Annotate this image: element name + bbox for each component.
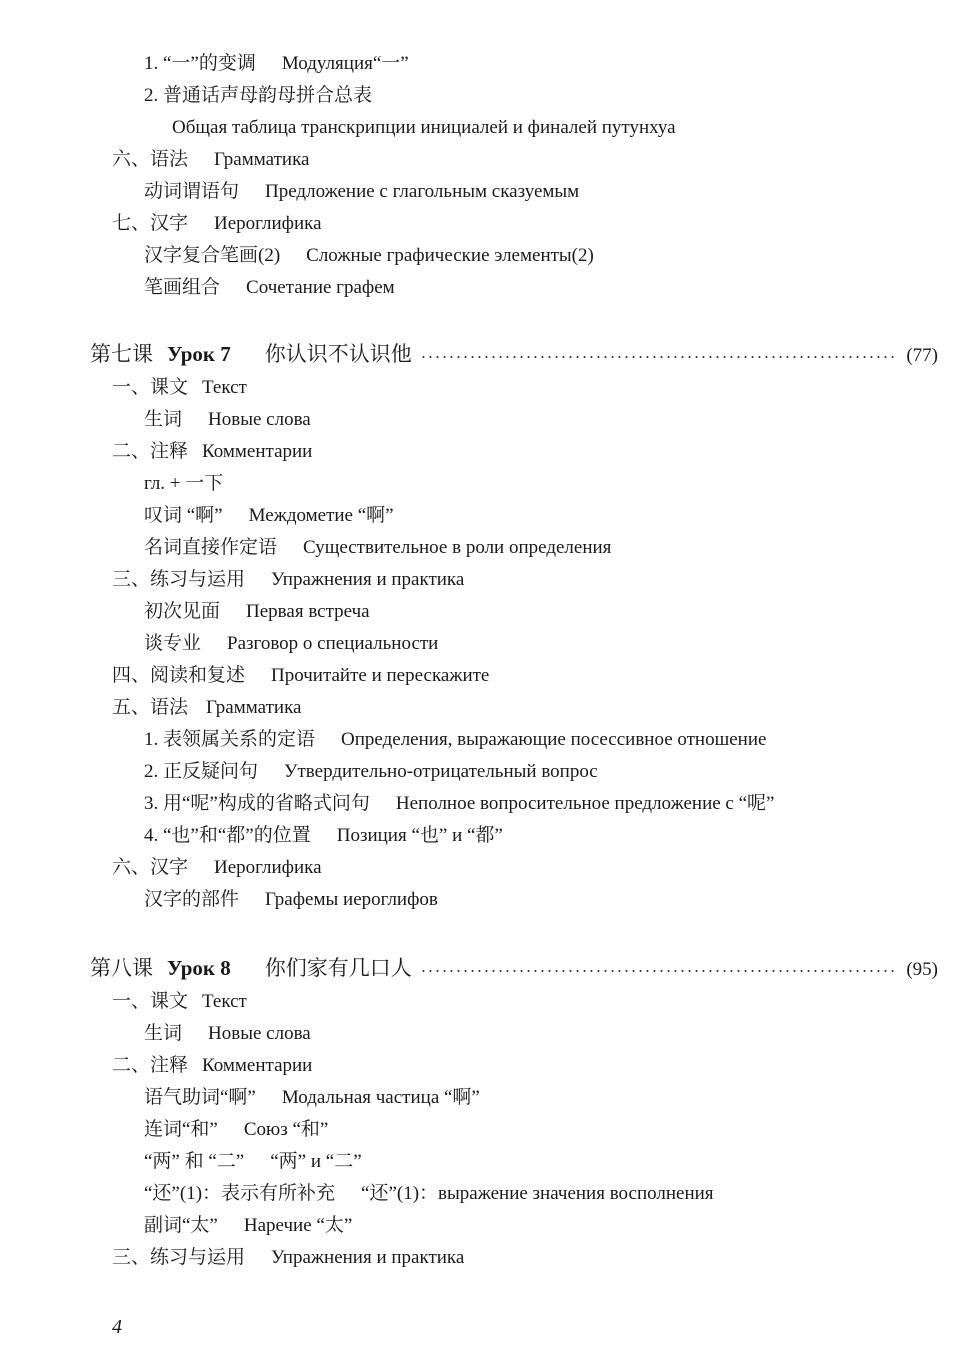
entry-zh: 叹词 “啊” [144,505,223,526]
entry-ru: Новые слова [208,1023,311,1044]
entry-zh: 笔画组合 [144,277,220,298]
entry-ru: Общая таблица транскрипции инициалей и ф… [172,117,676,138]
entry-ru: Упражнения и практика [271,569,464,590]
toc-section-heading: 一、课文Текст [112,376,247,400]
leader-dots [420,970,895,972]
toc-section-heading: 三、练习与运用Упражнения и практика [112,568,464,592]
entry-ru: Грамматика [206,697,301,718]
toc-entry: 生词Новые слова [144,1022,311,1046]
toc-entry: Общая таблица транскрипции инициалей и ф… [172,116,676,140]
page-number: 4 [112,1316,122,1339]
toc-entry: 2. 正反疑问句Утвердительно-отрицательный вопр… [144,760,598,784]
entry-ru: Междометие “啊” [249,505,394,526]
toc-section-heading: 一、课文Текст [112,990,247,1014]
entry-ru: “还”(1)：выражение значения восполнения [361,1183,714,1204]
entry-zh: 六、汉字 [112,857,188,878]
entry-ru: Текст [202,991,247,1012]
lesson-number-ru: Урок 7 [167,340,231,368]
entry-zh: 3. 用“呢”构成的省略式问句 [144,793,370,814]
entry-ru: Модуляция“一” [282,53,409,74]
toc-entry: 谈专业Разговор о специальности [144,632,438,656]
entry-zh: 1. 表领属关系的定语 [144,729,315,750]
toc-section-heading: 三、练习与运用Упражнения и практика [112,1246,464,1270]
lesson-page-ref: (77) [906,342,938,370]
entry-ru: Иероглифика [214,857,322,878]
entry-ru: Сложные графические элементы(2) [306,245,594,266]
entry-zh: 一、课文 [112,377,188,398]
toc-entry: 1. 表领属关系的定语Определения, выражающие посес… [144,728,766,752]
entry-ru: Иероглифика [214,213,322,234]
entry-ru: Союз “和” [244,1119,329,1140]
lesson-number-ru: Урок 8 [167,954,231,982]
entry-ru: Существительное в роли определения [303,537,611,558]
toc-entry: 生词Новые слова [144,408,311,432]
toc-section-heading: 六、汉字Иероглифика [112,856,322,880]
entry-ru: Неполное вопросительное предложение с “呢… [396,793,775,814]
entry-zh: гл. + 一下 [144,473,223,494]
entry-zh: 一、课文 [112,991,188,1012]
entry-ru: Прочитайте и перескажите [271,665,489,686]
entry-ru: Наречие “太” [244,1215,352,1236]
entry-zh: 五、语法 [112,697,188,718]
entry-ru: Комментарии [202,441,312,462]
lesson-7-heading[interactable]: 第七课 Урок 7 你认识不认识他 (77) [90,340,938,368]
entry-zh: 2. 普通话声母韵母拼合总表 [144,85,372,106]
entry-zh: 4. “也”和“都”的位置 [144,825,311,846]
entry-zh: 汉字复合笔画(2) [144,245,280,266]
leader-dots [420,356,895,358]
entry-zh: 四、阅读和复述 [112,665,245,686]
entry-ru: Позиция “也” и “都” [337,825,503,846]
entry-ru: Комментарии [202,1055,312,1076]
toc-entry: 副词“太”Наречие “太” [144,1214,352,1238]
toc-entry: гл. + 一下 [144,472,223,496]
toc-section-heading: 二、注释Комментарии [112,1054,312,1078]
lesson-number-zh: 第七课 [90,340,153,368]
toc-section-heading: 六、语法Грамматика [112,148,309,172]
entry-zh: “还”(1)：表示有所补充 [144,1183,335,1204]
entry-zh: 动词谓语句 [144,181,239,202]
entry-ru: Текст [202,377,247,398]
toc-entry: 汉字的部件Графемы иероглифов [144,888,438,912]
toc-entry: 连词“和”Союз “和” [144,1118,328,1142]
toc-entry: 4. “也”和“都”的位置Позиция “也” и “都” [144,824,503,848]
entry-ru: Новые слова [208,409,311,430]
toc-entry: 3. 用“呢”构成的省略式问句Неполное вопросительное п… [144,792,774,816]
entry-ru: Первая встреча [246,601,370,622]
lesson-8-heading[interactable]: 第八课 Урок 8 你们家有几口人 (95) [90,954,938,982]
entry-ru: Упражнения и практика [271,1247,464,1268]
entry-zh: 汉字的部件 [144,889,239,910]
entry-ru: Предложение с глагольным сказуемым [265,181,579,202]
entry-ru: Грамматика [214,149,309,170]
entry-zh: “两” 和 “二” [144,1151,244,1172]
entry-ru: Разговор о специальности [227,633,438,654]
toc-entry: 笔画组合Сочетание графем [144,276,395,300]
entry-zh: 副词“太” [144,1215,218,1236]
entry-zh: 2. 正反疑问句 [144,761,258,782]
entry-zh: 二、注释 [112,441,188,462]
lesson-title: 你认识不认识他 [265,340,412,368]
lesson-title: 你们家有几口人 [265,954,412,982]
toc-entry: “两” 和 “二”“两” и “二” [144,1150,362,1174]
lesson-number-zh: 第八课 [90,954,153,982]
toc-section-heading: 五、语法Грамматика [112,696,301,720]
toc-entry: 语气助词“啊”Модальная частица “啊” [144,1086,480,1110]
toc-entry: “还”(1)：表示有所补充“还”(1)：выражение значения в… [144,1182,714,1206]
entry-ru: Утвердительно-отрицательный вопрос [284,761,598,782]
entry-zh: 语气助词“啊” [144,1087,256,1108]
toc-section-heading: 二、注释Комментарии [112,440,312,464]
toc-entry: 叹词 “啊”Междометие “啊” [144,504,394,528]
entry-zh: 初次见面 [144,601,220,622]
entry-zh: 六、语法 [112,149,188,170]
entry-ru: “两” и “二” [270,1151,361,1172]
entry-zh: 三、练习与运用 [112,1247,245,1268]
entry-zh: 生词 [144,1023,182,1044]
toc-entry: 名词直接作定语Существительное в роли определени… [144,536,611,560]
toc-entry: 2. 普通话声母韵母拼合总表 [144,84,398,108]
toc-section-heading: 四、阅读和复述Прочитайте и перескажите [112,664,489,688]
entry-zh: 三、练习与运用 [112,569,245,590]
entry-ru: Модальная частица “啊” [282,1087,480,1108]
entry-zh: 生词 [144,409,182,430]
toc-entry: 汉字复合笔画(2)Сложные графические элементы(2) [144,244,594,268]
lesson-page-ref: (95) [906,956,938,984]
toc-entry: 动词谓语句Предложение с глагольным сказуемым [144,180,579,204]
toc-entry: 初次见面Первая встреча [144,600,370,624]
entry-zh: 谈专业 [144,633,201,654]
toc-entry: 1. “一”的变调Модуляция“一” [144,52,409,76]
entry-zh: 七、汉字 [112,213,188,234]
entry-ru: Графемы иероглифов [265,889,438,910]
entry-ru: Сочетание графем [246,277,395,298]
entry-zh: 名词直接作定语 [144,537,277,558]
toc-section-heading: 七、汉字Иероглифика [112,212,322,236]
entry-zh: 二、注释 [112,1055,188,1076]
entry-zh: 连词“和” [144,1119,218,1140]
entry-zh: 1. “一”的变调 [144,53,256,74]
entry-ru: Определения, выражающие посессивное отно… [341,729,766,750]
